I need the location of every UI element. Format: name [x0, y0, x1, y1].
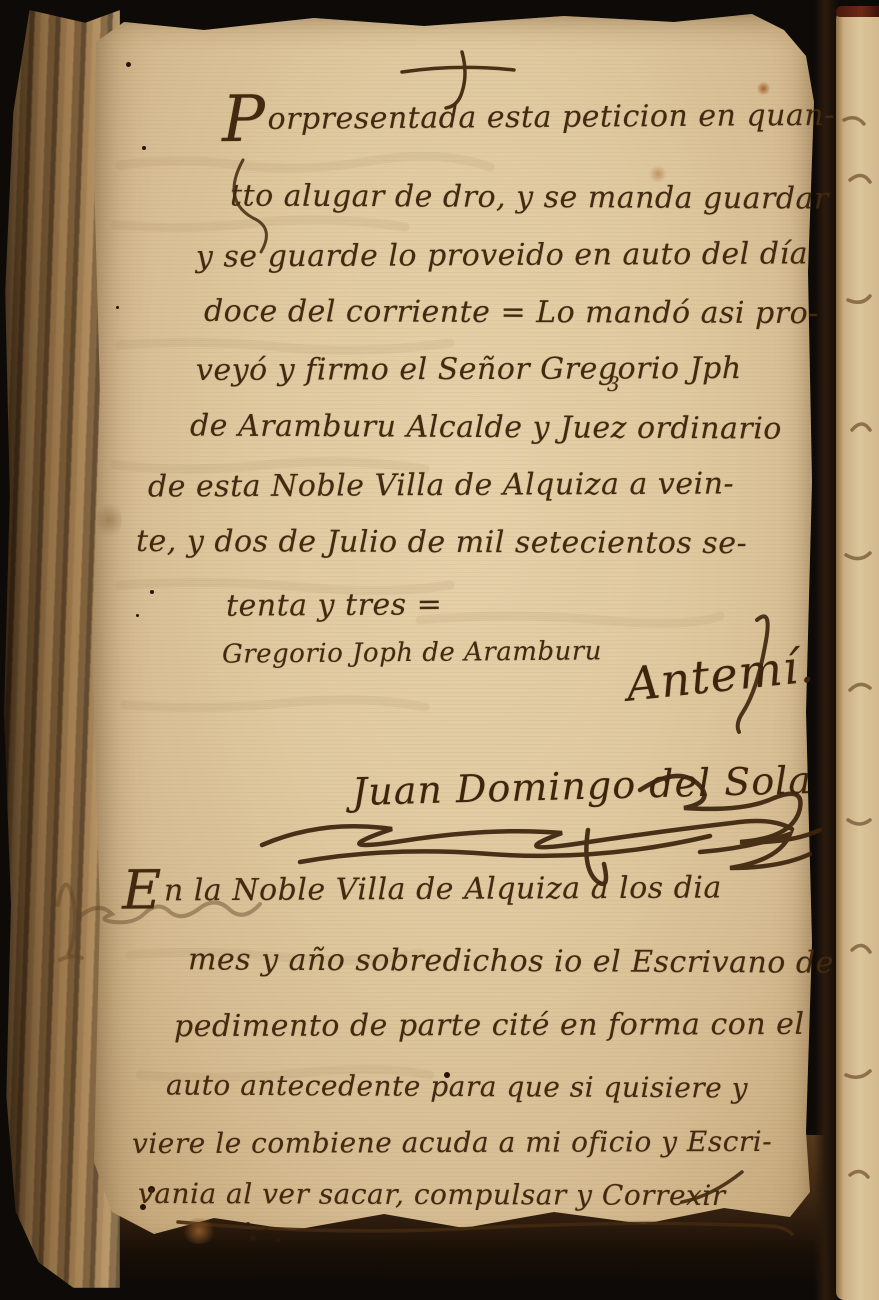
manuscript-photo: † Porpresentada esta peticion en quan- t…: [0, 0, 879, 1300]
manuscript-line: vania al ver sacar, compulsar y Correxir: [138, 1177, 726, 1212]
manuscript-line: veyó y firmo el Señor Gregorio Jph: [196, 351, 742, 388]
manuscript-line: y se guarde lo proveido en auto del día: [196, 236, 808, 274]
manuscript-line: viere le combiene acuda a mi oficio y Es…: [132, 1125, 772, 1160]
next-page-edge: [836, 6, 879, 1300]
opening-text: orpresentada esta peticion en quan-: [267, 98, 835, 137]
manuscript-line: te, y dos de Julio de mil setecientos se…: [136, 524, 747, 561]
closing-initial: E: [122, 858, 162, 921]
manuscript-line: mes y año sobredichos io el Escrivano de: [188, 942, 834, 980]
manuscript-line: auto antecedente para que si quisiere y: [166, 1068, 748, 1104]
closing-text: n la Noble Villa de Alquiza a los dia: [164, 870, 722, 908]
headband: [836, 6, 879, 17]
manuscript-line: de esta Noble Villa de Alquiza a vein-: [148, 466, 734, 504]
manuscript-line: pedimento de parte cité en forma con el: [174, 1007, 805, 1044]
abbreviation-mark: 3: [607, 372, 620, 396]
manuscript-line: tenta y tres =: [226, 587, 443, 624]
manuscript-line: tto alugar de dro, y se manda guardar: [230, 178, 829, 216]
attestation-signature: Gregorio Joph de Aramburu: [222, 636, 602, 669]
manuscript-line: de Aramburu Alcalde y Juez ordinario: [190, 408, 782, 446]
manuscript-line: En la Noble Villa de Alquiza a los dia: [122, 870, 722, 908]
opening-initial: P: [222, 83, 266, 157]
manuscript-line: Porpresentada esta peticion en quan-: [222, 98, 835, 137]
manuscript-line: doce del corriente = Lo mandó asi pro-: [204, 294, 819, 331]
